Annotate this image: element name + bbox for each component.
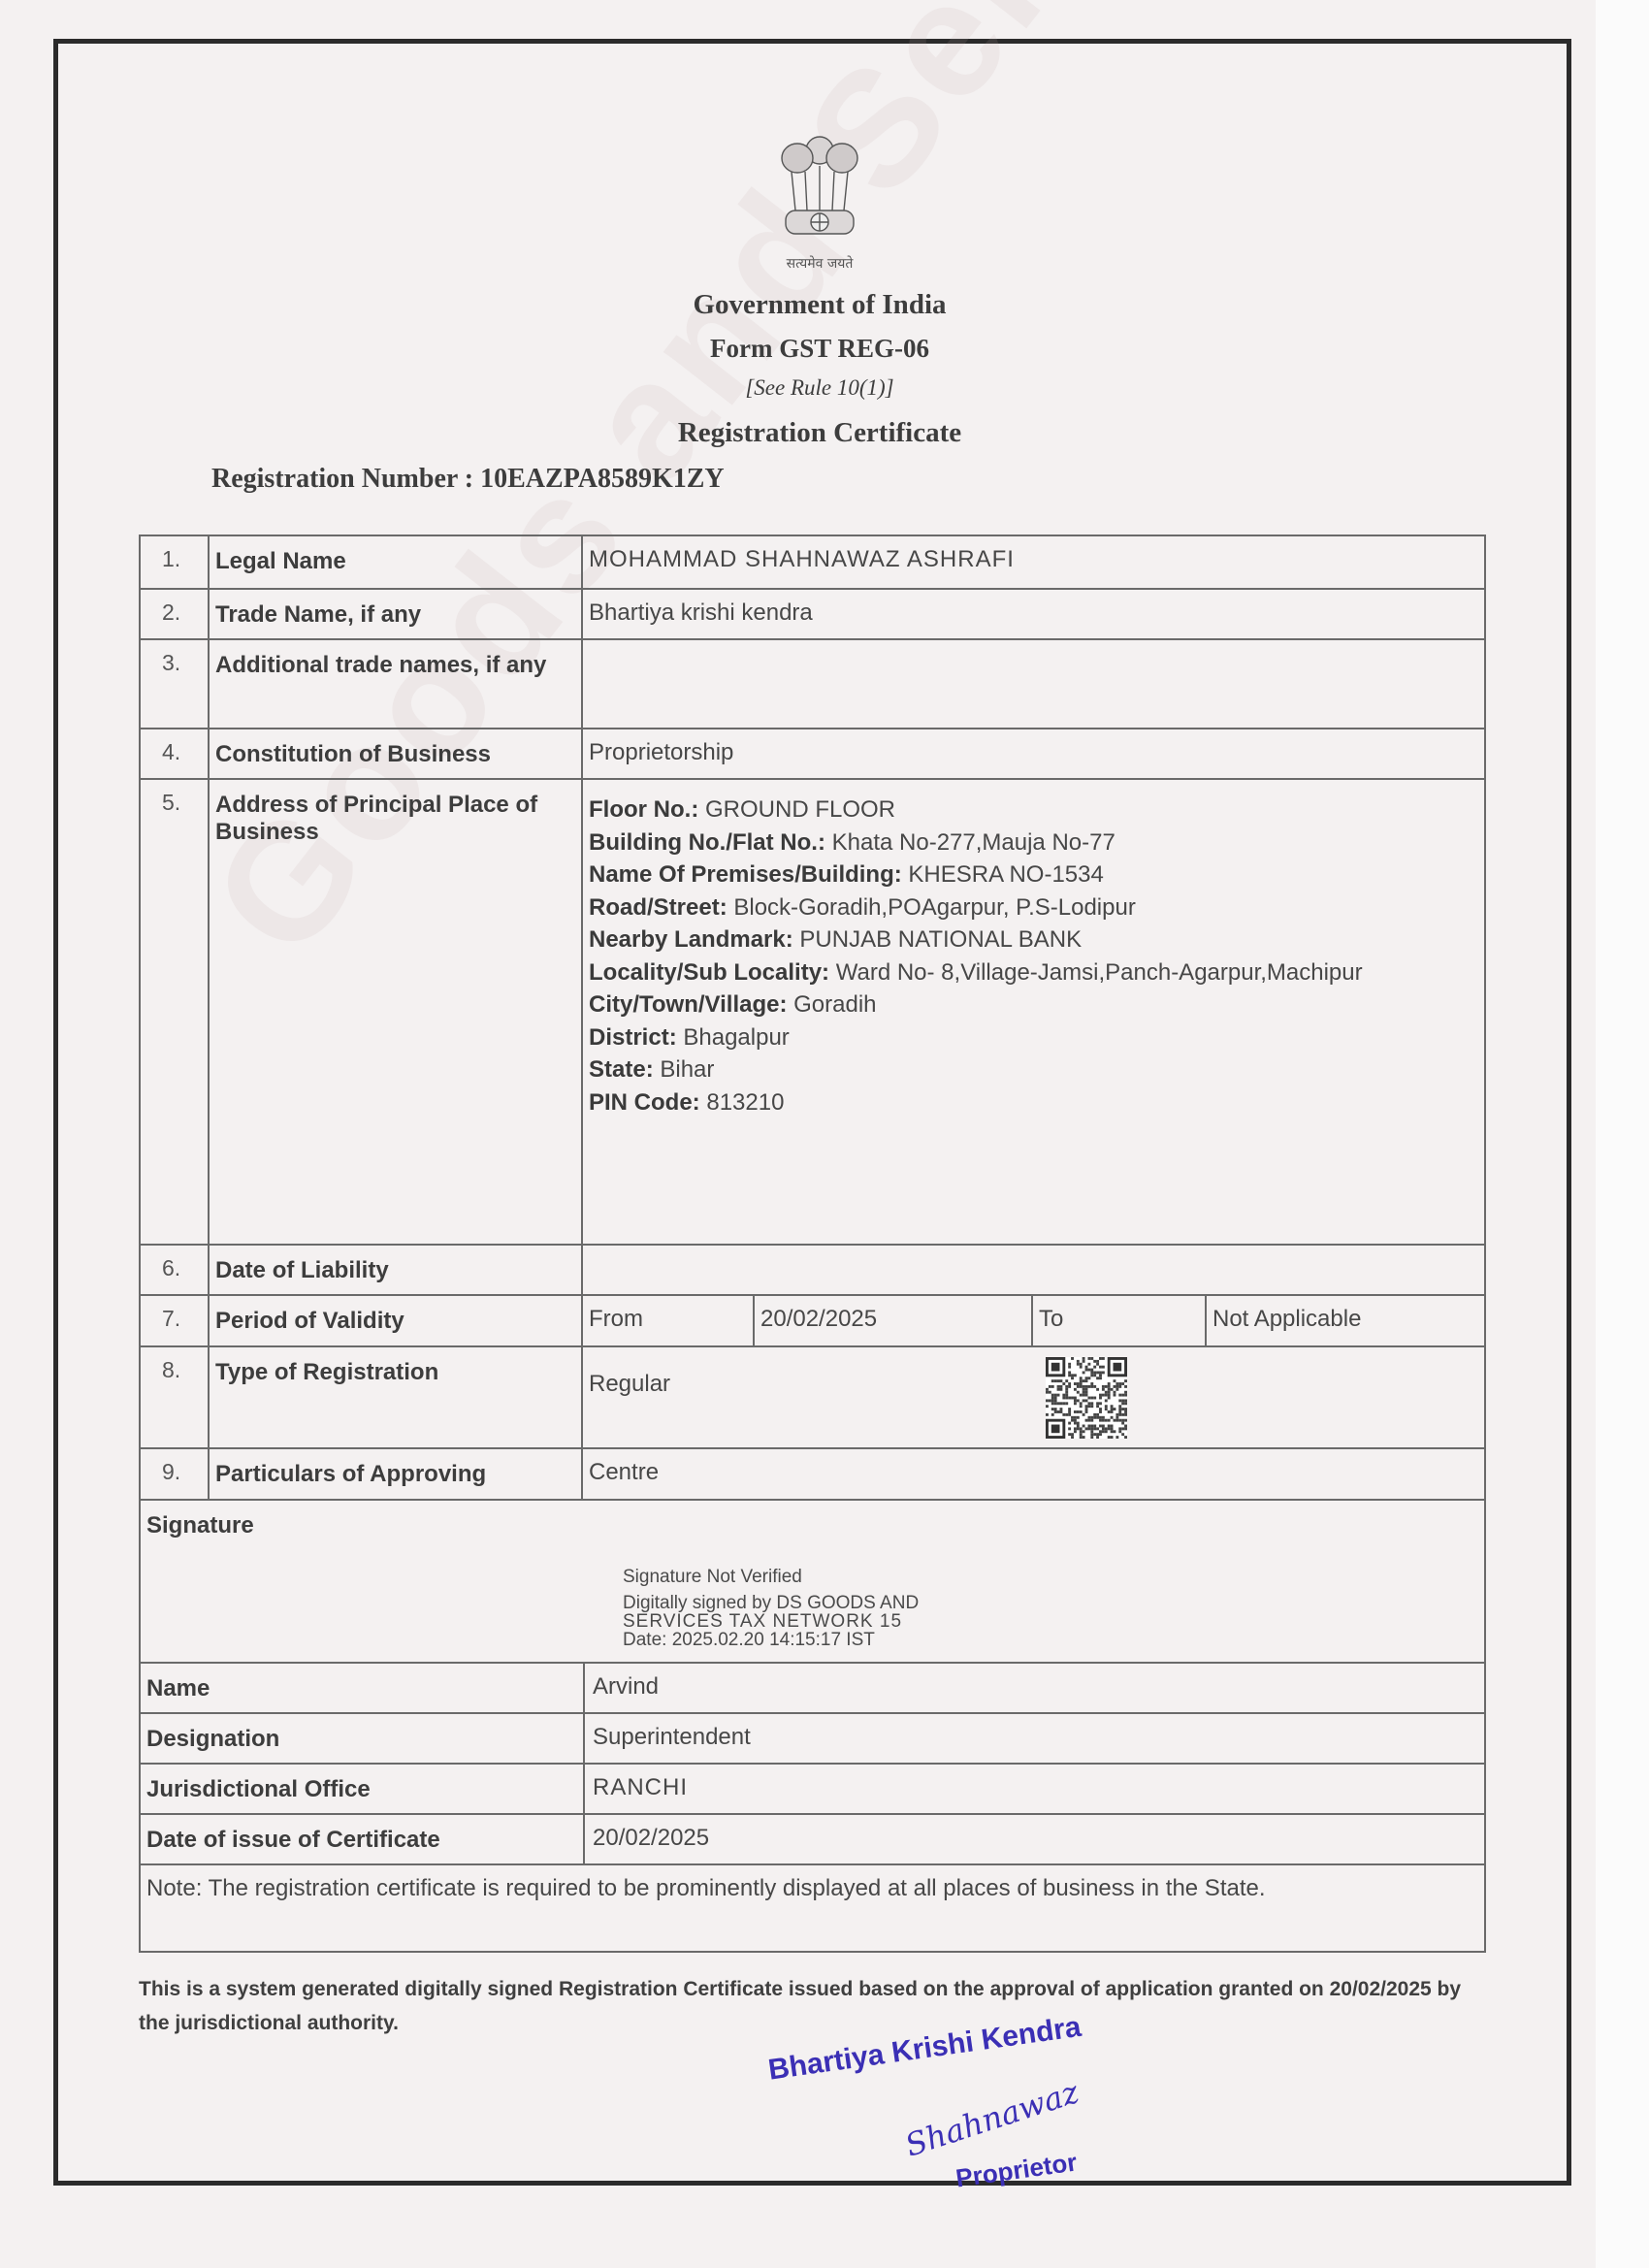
row-number: 7. [141, 1296, 210, 1345]
row-number: 9. [141, 1449, 210, 1499]
address-line: City/Town/Village: Goradih [589, 988, 1478, 1021]
digital-signature-block: Signature Not Verified Digitally signed … [623, 1568, 919, 1649]
row-label: Type of Registration [210, 1347, 583, 1447]
table-row: 8. Type of Registration Regular [139, 1345, 1486, 1449]
table-row: 1. Legal Name MOHAMMAD SHAHNAWAZ ASHRAFI [139, 535, 1486, 590]
registration-number-value: 10EAZPA8589K1ZY [480, 464, 725, 494]
jurisdictional-office-label: Jurisdictional Office [141, 1765, 585, 1813]
table-row: 3. Additional trade names, if any [139, 638, 1486, 729]
address-field-label: City/Town/Village: [589, 991, 793, 1018]
row-number: 8. [141, 1347, 210, 1447]
table-row: 6. Date of Liability [139, 1244, 1486, 1296]
address-field-value: KHESRA NO-1534 [908, 861, 1103, 888]
address-line: Nearby Landmark: PUNJAB NATIONAL BANK [589, 923, 1478, 956]
designation-value: Superintendent [585, 1714, 1484, 1763]
constitution-value: Proprietorship [583, 729, 1484, 778]
row-number: 5. [141, 780, 210, 1244]
note-row: Note: The registration certificate is re… [139, 1863, 1486, 1953]
table-row: 5. Address of Principal Place of Busines… [139, 778, 1486, 1246]
designation-label: Designation [141, 1714, 585, 1763]
jurisdictional-office-value: RANCHI [585, 1765, 1484, 1813]
row-number: 3. [141, 640, 210, 728]
issue-date-label: Date of issue of Certificate [141, 1815, 585, 1863]
legal-name-value: MOHAMMAD SHAHNAWAZ ASHRAFI [583, 536, 1484, 588]
system-generated-footer: This is a system generated digitally sig… [139, 1972, 1487, 2040]
row-label: Constitution of Business [210, 729, 583, 778]
additional-trade-names-value [583, 640, 1484, 728]
row-label: Legal Name [210, 536, 583, 588]
officer-row: Date of issue of Certificate 20/02/2025 [139, 1813, 1486, 1865]
national-emblem-icon [776, 129, 863, 243]
address-field-value: Bhagalpur [683, 1024, 789, 1051]
address-line: District: Bhagalpur [589, 1021, 1478, 1054]
approving-authority-value: Centre [583, 1449, 1484, 1499]
registration-number-label: Registration Number : [211, 464, 473, 494]
form-heading: Form GST REG-06 [0, 334, 1639, 364]
address-field-value: Block-Goradih,POAgarpur, P.S-Lodipur [733, 894, 1135, 921]
address-value: Floor No.: GROUND FLOORBuilding No./Flat… [583, 780, 1484, 1244]
address-field-label: Floor No.: [589, 796, 705, 823]
address-field-label: District: [589, 1024, 683, 1051]
address-field-value: GROUND FLOOR [705, 796, 895, 823]
row-label: Trade Name, if any [210, 590, 583, 638]
address-field-label: Road/Street: [589, 894, 733, 921]
validity-from-date: 20/02/2025 [755, 1296, 1033, 1345]
signature-row: Signature Signature Not Verified Digital… [139, 1499, 1486, 1664]
table-row: 4. Constitution of Business Proprietorsh… [139, 728, 1486, 780]
row-label: Period of Validity [210, 1296, 583, 1345]
address-line: Road/Street: Block-Goradih,POAgarpur, P.… [589, 891, 1478, 924]
trade-name-value: Bhartiya krishi kendra [583, 590, 1484, 638]
row-label: Date of Liability [210, 1246, 583, 1294]
validity-from-label: From [583, 1296, 755, 1345]
row-label: Address of Principal Place of Business [210, 780, 583, 1244]
registration-number: Registration Number : 10EAZPA8589K1ZY [211, 464, 725, 495]
validity-to-label: To [1033, 1296, 1207, 1345]
address-field-label: Nearby Landmark: [589, 926, 799, 953]
address-line: Floor No.: GROUND FLOOR [589, 794, 1478, 826]
row-number: 1. [141, 536, 210, 588]
row-number: 2. [141, 590, 210, 638]
address-field-value: Ward No- 8,Village-Jamsi,Panch-Agarpur,M… [836, 959, 1363, 986]
certificate-title: Registration Certificate [0, 417, 1639, 449]
address-line: Building No./Flat No.: Khata No-277,Mauj… [589, 826, 1478, 859]
address-field-value: Goradih [793, 991, 876, 1018]
rule-reference: [See Rule 10(1)] [0, 375, 1639, 401]
address-field-value: 813210 [706, 1089, 784, 1116]
signed-by-line-2: SERVICES TAX NETWORK 15 [623, 1612, 919, 1631]
issue-date-value: 20/02/2025 [585, 1815, 1484, 1863]
table-row: 7. Period of Validity From 20/02/2025 To… [139, 1294, 1486, 1347]
display-note: Note: The registration certificate is re… [141, 1865, 1484, 1902]
row-label: Particulars of Approving [210, 1449, 583, 1499]
address-line: PIN Code: 813210 [589, 1086, 1478, 1119]
officer-name-value: Arvind [585, 1664, 1484, 1712]
officer-row: Designation Superintendent [139, 1712, 1486, 1765]
address-line: State: Bihar [589, 1053, 1478, 1086]
signed-by-line-1: Digitally signed by DS GOODS AND [623, 1594, 919, 1612]
row-number: 4. [141, 729, 210, 778]
signature-status: Signature Not Verified [623, 1568, 919, 1586]
address-line: Locality/Sub Locality: Ward No- 8,Villag… [589, 956, 1478, 989]
address-field-value: PUNJAB NATIONAL BANK [799, 926, 1082, 953]
address-field-label: Name Of Premises/Building: [589, 861, 908, 888]
address-field-label: Building No./Flat No.: [589, 829, 832, 856]
address-line: Name Of Premises/Building: KHESRA NO-153… [589, 859, 1478, 891]
address-field-label: State: [589, 1056, 660, 1083]
government-heading: Government of India [0, 289, 1639, 321]
qr-code-icon[interactable] [1045, 1357, 1128, 1439]
signature-date: Date: 2025.02.20 14:15:17 IST [623, 1631, 919, 1649]
officer-row: Jurisdictional Office RANCHI [139, 1763, 1486, 1815]
officer-name-label: Name [141, 1664, 585, 1712]
officer-row: Name Arvind [139, 1662, 1486, 1714]
address-field-value: Khata No-277,Mauja No-77 [832, 829, 1115, 856]
row-label: Additional trade names, if any [210, 640, 583, 728]
address-field-label: Locality/Sub Locality: [589, 959, 836, 986]
emblem-motto: सत्यमेव जयते [766, 254, 873, 273]
address-field-label: PIN Code: [589, 1089, 706, 1116]
signature-label: Signature [141, 1501, 1484, 1539]
validity-to-date: Not Applicable [1207, 1296, 1484, 1345]
address-field-value: Bihar [660, 1056, 714, 1083]
row-number: 6. [141, 1246, 210, 1294]
date-of-liability-value [583, 1246, 1484, 1294]
table-row: 9. Particulars of Approving Centre [139, 1447, 1486, 1501]
registration-type-value: Regular [583, 1347, 1484, 1447]
table-row: 2. Trade Name, if any Bhartiya krishi ke… [139, 588, 1486, 640]
